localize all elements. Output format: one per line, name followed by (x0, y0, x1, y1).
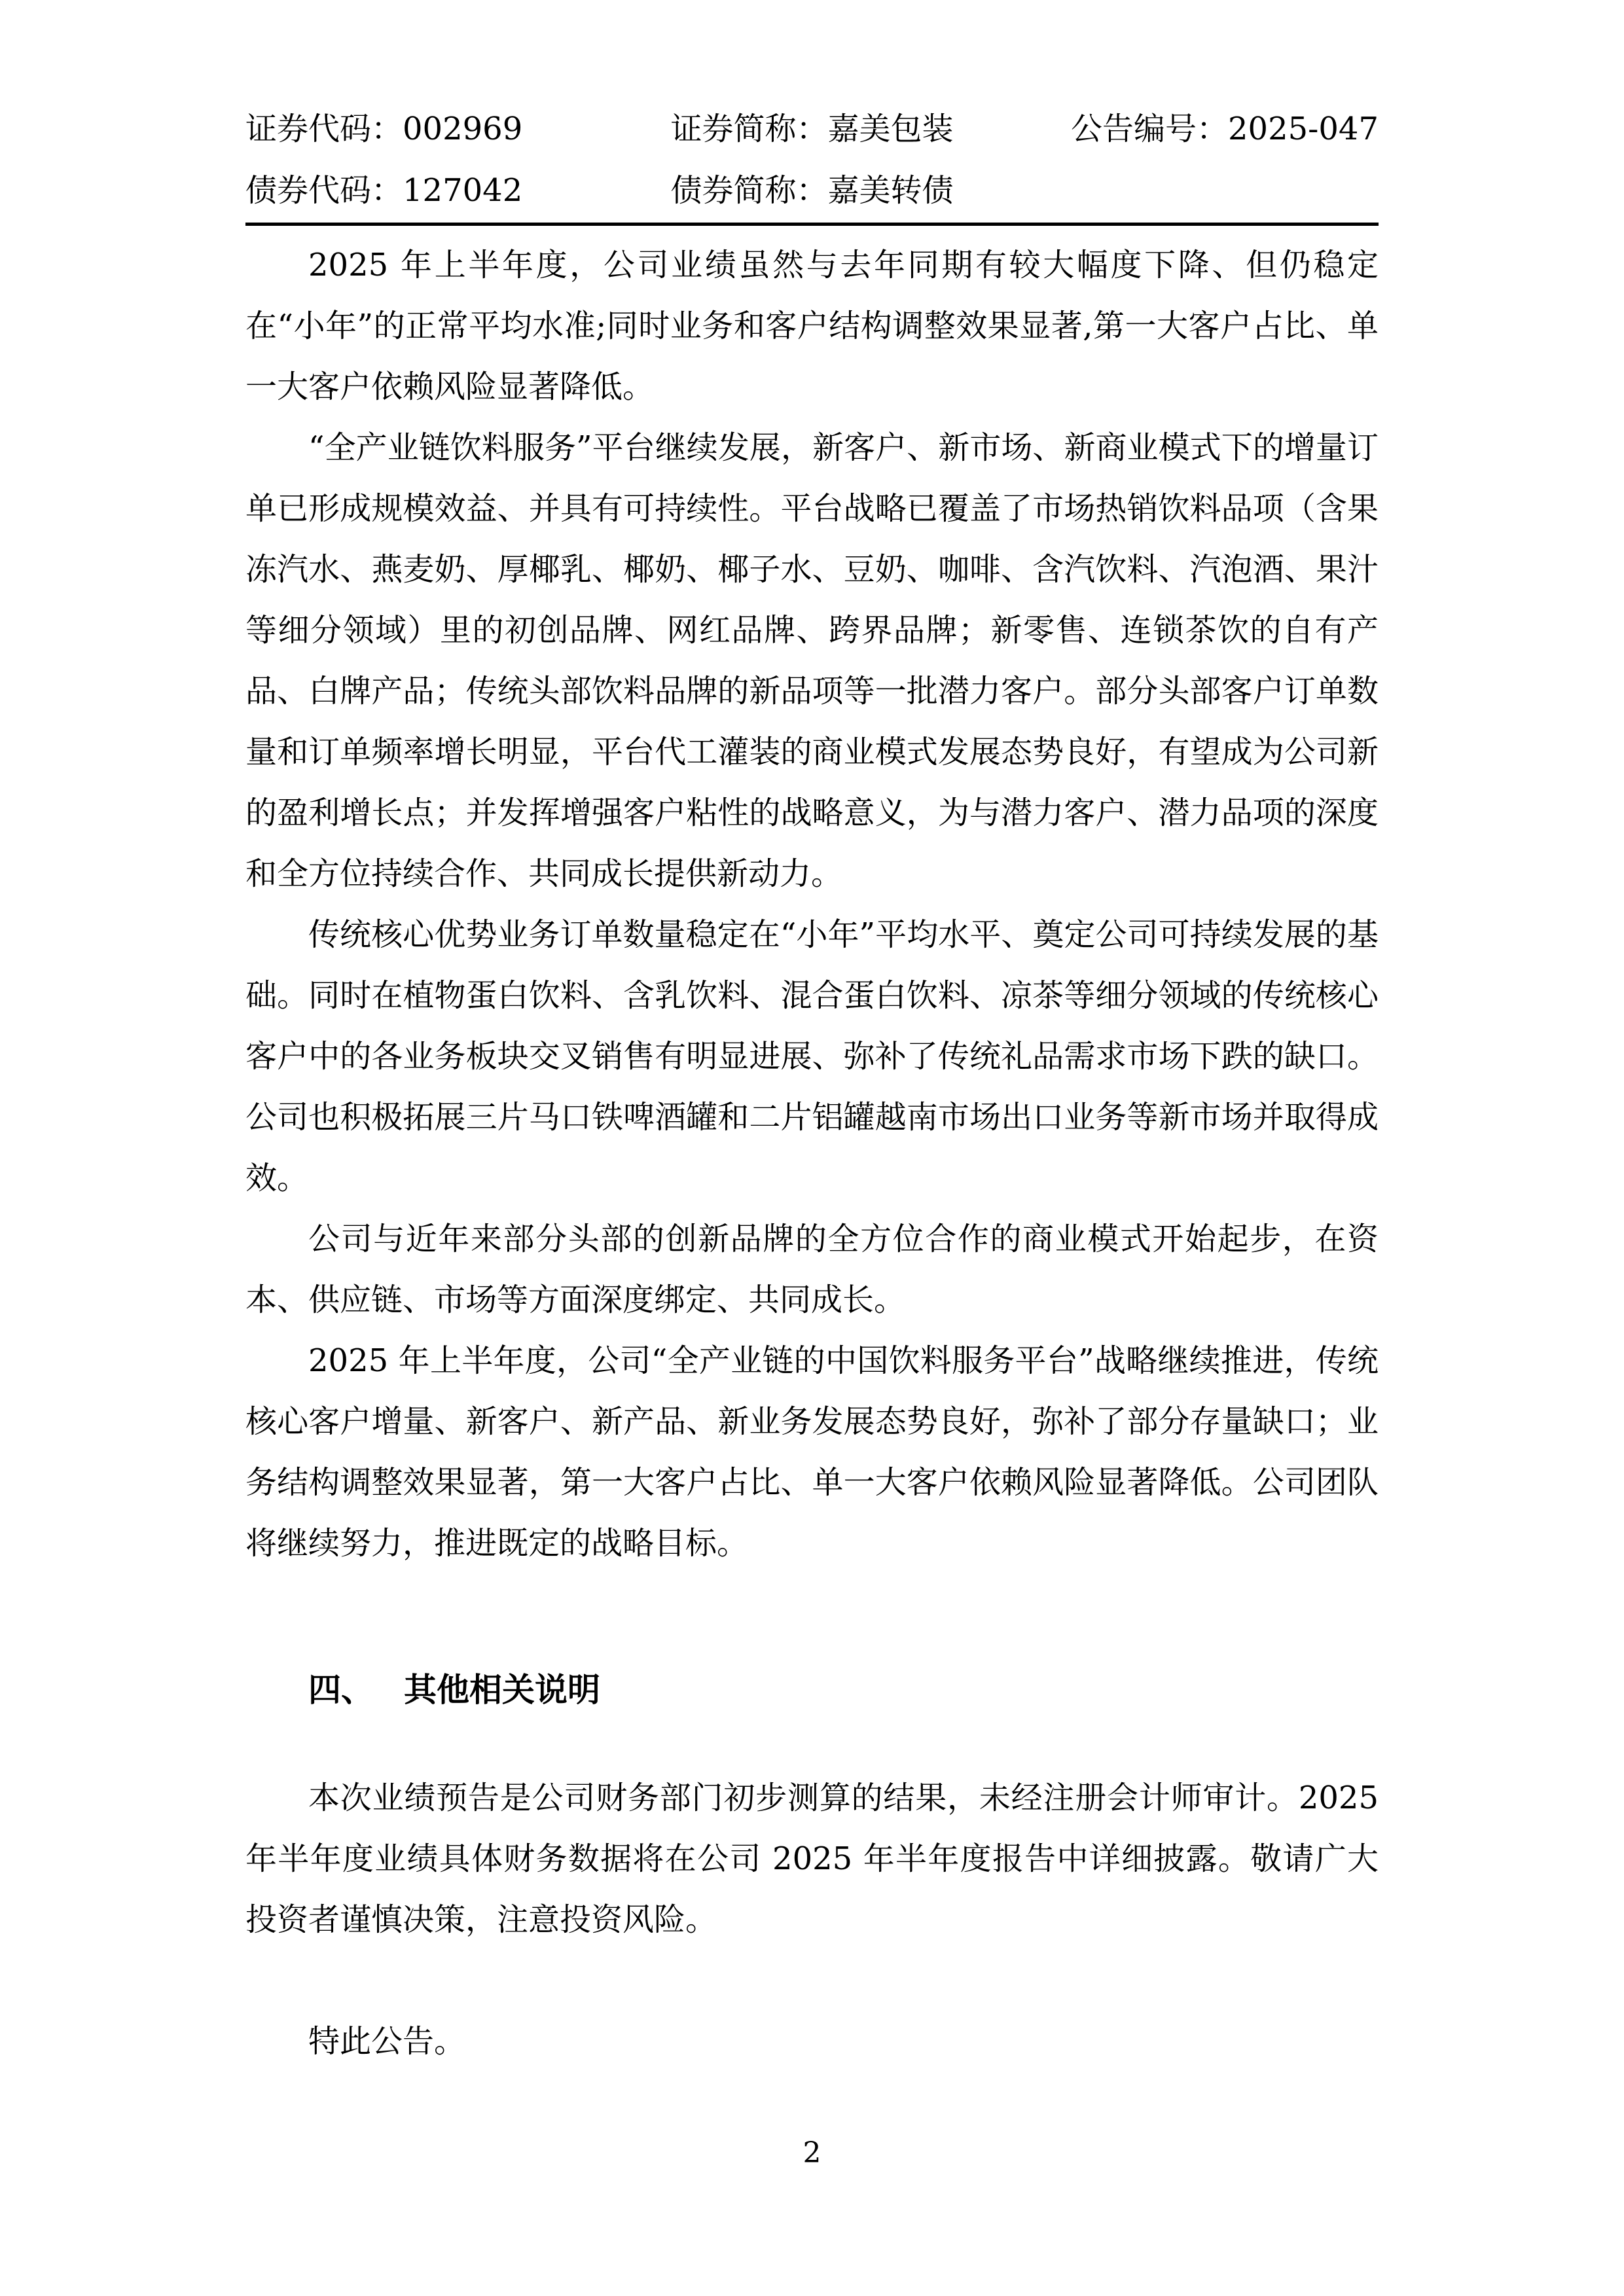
page: 证券代码：002969 证券简称：嘉美包装 公告编号：2025-047 债券代码… (0, 0, 1624, 2296)
paragraph: 2025 年上半年度，公司业绩虽然与去年同期有较大幅度下降、但仍稳定在“小年”的… (245, 235, 1379, 418)
stock-code: 证券代码：002969 (245, 98, 623, 160)
paragraph: “全产业链饮料服务”平台继续发展，新客户、新市场、新商业模式下的增量订单已形成规… (245, 418, 1379, 905)
header-row: 债券代码：127042 债券简称：嘉美转债 (245, 160, 1379, 221)
document-header: 证券代码：002969 证券简称：嘉美包装 公告编号：2025-047 债券代码… (245, 98, 1379, 226)
bond-code: 债券代码：127042 (245, 160, 623, 221)
document-body: 2025 年上半年度，公司业绩虽然与去年同期有较大幅度下降、但仍稳定在“小年”的… (245, 235, 1379, 2072)
header-spacer (1001, 160, 1379, 221)
paragraph: 本次业绩预告是公司财务部门初步测算的结果，未经注册会计师审计。2025 年半年度… (245, 1768, 1379, 1950)
stock-abbr: 证券简称：嘉美包装 (623, 98, 1001, 160)
section-heading: 四、其他相关说明 (245, 1659, 1379, 1721)
page-number: 2 (0, 2139, 1624, 2168)
heading-number: 四、 (308, 1670, 374, 1709)
paragraph: 公司与近年来部分头部的创新品牌的全方位合作的商业模式开始起步，在资本、供应链、市… (245, 1209, 1379, 1331)
document: 证券代码：002969 证券简称：嘉美包装 公告编号：2025-047 债券代码… (0, 0, 1624, 2072)
heading-title: 其他相关说明 (404, 1670, 600, 1709)
header-row: 证券代码：002969 证券简称：嘉美包装 公告编号：2025-047 (245, 98, 1379, 160)
paragraph: 2025 年上半年度，公司“全产业链的中国饮料服务平台”战略继续推进，传统核心客… (245, 1331, 1379, 1574)
paragraph: 传统核心优势业务订单数量稳定在“小年”平均水平、奠定公司可持续发展的基础。同时在… (245, 905, 1379, 1209)
bond-abbr: 债券简称：嘉美转债 (623, 160, 1001, 221)
announcement-number: 公告编号：2025-047 (1001, 98, 1379, 160)
header-divider (245, 223, 1379, 226)
closing-statement: 特此公告。 (245, 2011, 1379, 2072)
